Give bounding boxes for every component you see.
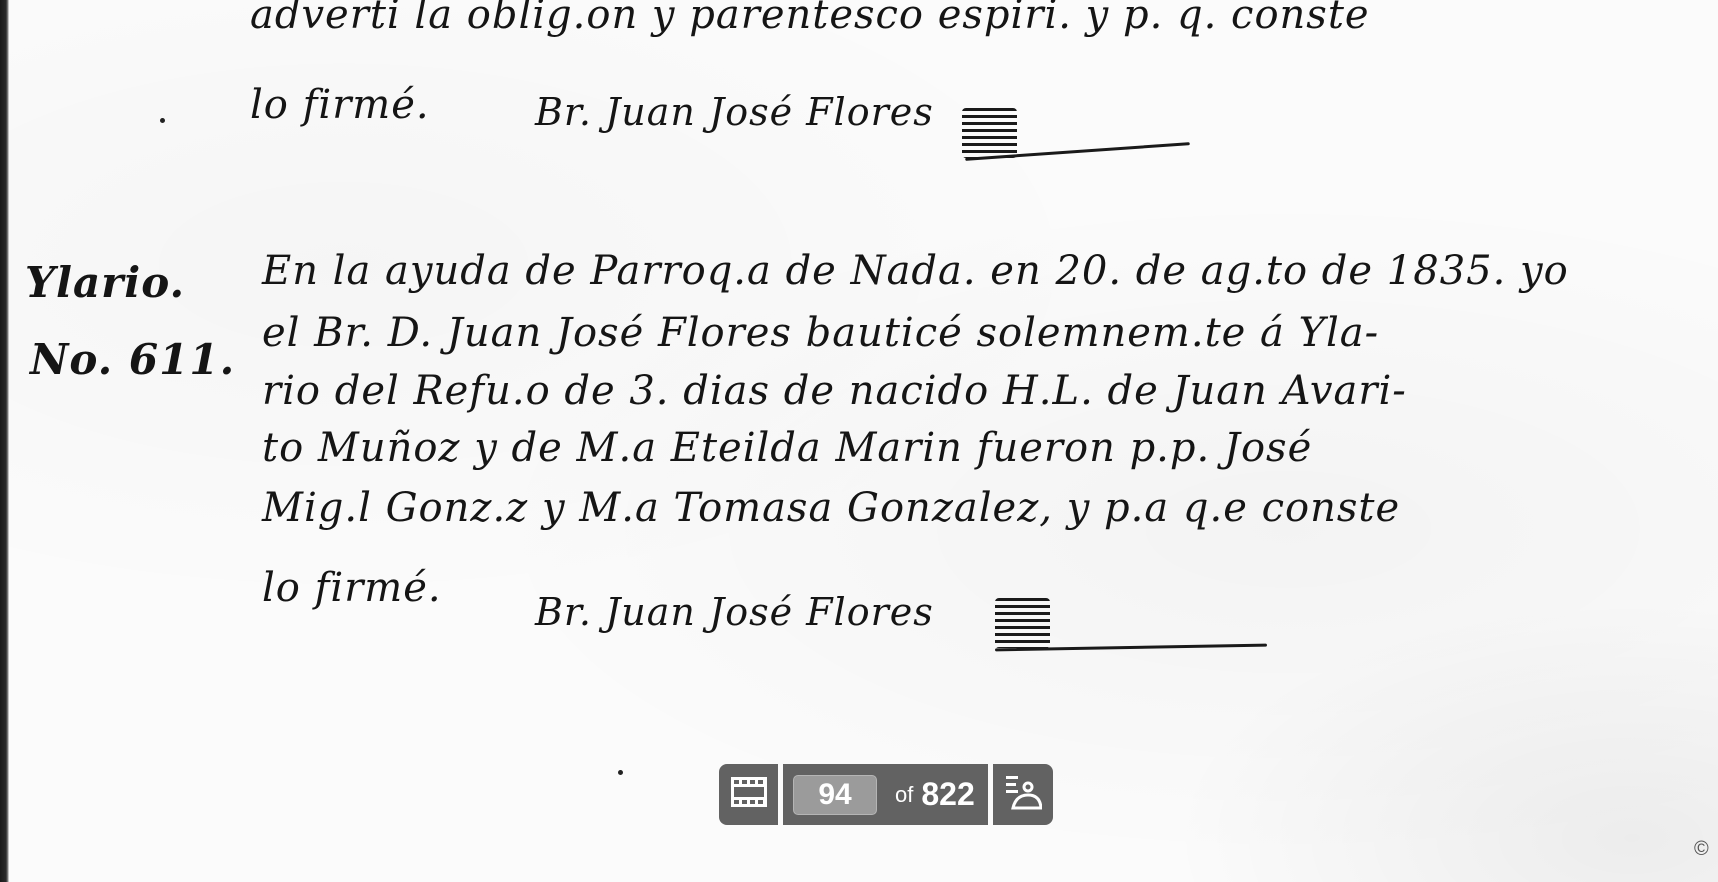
- total-pages: 822: [921, 776, 974, 813]
- signature-rubric: [962, 108, 1017, 158]
- page-navigator: of 822: [783, 764, 988, 825]
- filmstrip-icon: [731, 777, 767, 812]
- of-label: of: [895, 782, 913, 808]
- previous-entry-line-1: adverti la oblig.on y parentesco espiri.…: [250, 0, 1370, 38]
- record-image[interactable]: adverti la oblig.on y parentesco espiri.…: [0, 0, 1718, 882]
- entry-line-6: lo firmé.: [262, 565, 442, 611]
- person-list-icon: [1004, 773, 1042, 816]
- index-records-button[interactable]: [993, 764, 1053, 825]
- page-number-input[interactable]: [793, 775, 877, 815]
- margin-name: Ylario.: [25, 258, 185, 307]
- entry-line-2: el Br. D. Juan José Flores bauticé solem…: [262, 310, 1379, 356]
- copyright-mark: ©: [1694, 838, 1709, 861]
- entry-line-3: rio del Refu.o de 3. dias de nacido H.L.…: [262, 368, 1407, 414]
- signature-rubric: [995, 598, 1050, 648]
- margin-record-number: No. 611.: [30, 335, 235, 384]
- page-binding-edge: [0, 0, 9, 882]
- viewer-toolbar: of 822: [719, 764, 1053, 825]
- entry-signature: Br. Juan José Flores: [535, 590, 934, 634]
- filmstrip-button[interactable]: [719, 764, 778, 825]
- entry-line-1: En la ayuda de Parroq.a de Nada. en 20. …: [262, 248, 1569, 294]
- ink-dot: [160, 118, 165, 123]
- image-viewer[interactable]: adverti la oblig.on y parentesco espiri.…: [0, 0, 1718, 882]
- entry-line-4: to Muñoz y de M.a Eteilda Marin fueron p…: [262, 425, 1312, 471]
- previous-entry-line-2: lo firmé.: [250, 82, 430, 128]
- ink-dot: [618, 770, 623, 775]
- entry-line-5: Mig.l Gonz.z y M.a Tomasa Gonzalez, y p.…: [262, 485, 1400, 531]
- previous-entry-signature: Br. Juan José Flores: [535, 90, 934, 134]
